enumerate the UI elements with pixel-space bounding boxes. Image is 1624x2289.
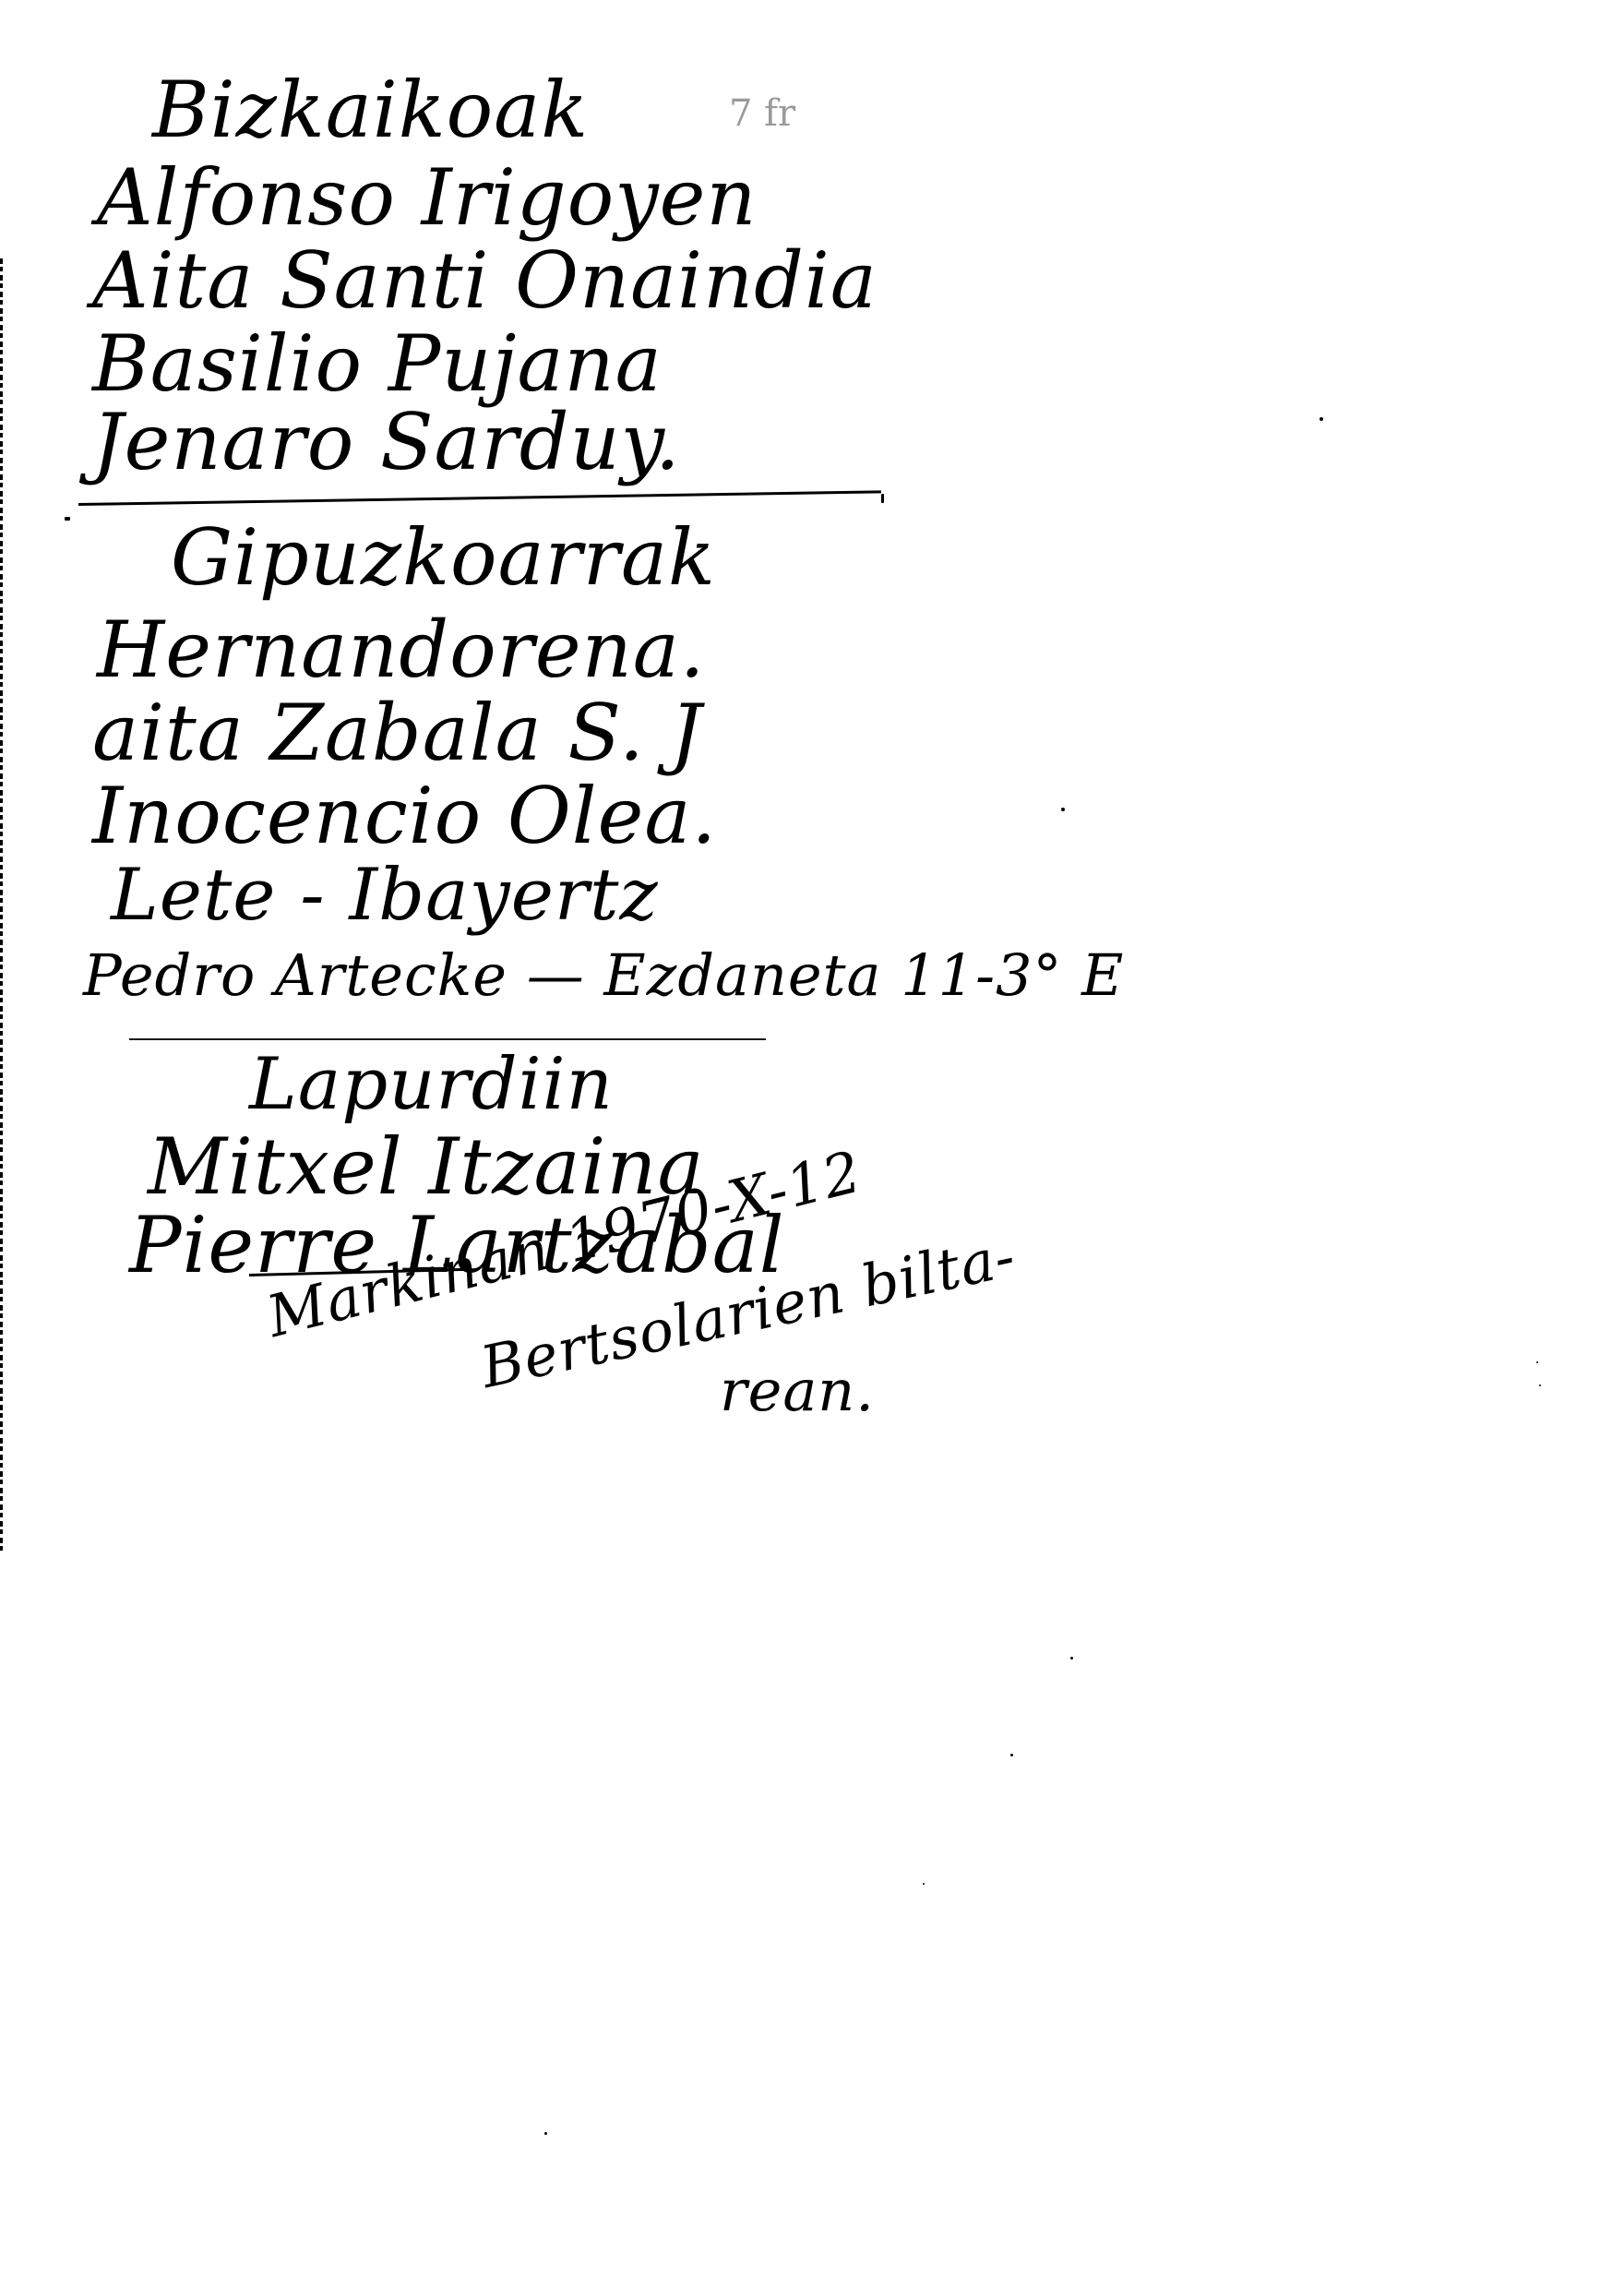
name-entry: Inocencio Olea. [92,771,717,861]
scan-speck [923,1883,925,1885]
section-heading-bizkaikoak: Bizkaikoak [152,65,589,155]
section-heading-lapurdiin: Lapurdiin [249,1043,614,1126]
name-entry: Basilio Pujana [92,318,663,409]
name-entry: Hernandorena. [97,605,706,695]
scan-speck [544,2132,547,2135]
scan-speck [1539,1384,1541,1386]
faint-corner-mark: 7 fr [729,92,795,135]
scan-speck [1536,1361,1538,1363]
scan-speck [1010,1754,1013,1756]
name-entry: aita Zabala S. J [92,688,702,778]
section-divider [78,490,881,506]
name-entry: Alfonso Irigoyen [97,152,757,243]
name-entry-with-address: Pedro Artecke — Ezdaneta 11-3° E [83,941,1124,1009]
section-divider [129,1038,766,1040]
scan-speck [1061,808,1065,811]
scan-edge-artifact [0,258,3,1551]
event-note-line2: rean. [720,1357,875,1424]
name-entry: Jenaro Sarduy. [92,397,681,487]
name-entry: Aita Santi Onaindia [92,235,878,326]
name-entry: Lete - Ibayertz [111,854,659,937]
scan-speck [65,517,70,521]
scan-speck [1070,1657,1073,1660]
section-heading-gipuzkoarrak: Gipuzkoarrak [171,512,716,603]
scan-speck [881,494,884,503]
scan-speck [1319,417,1323,421]
scanned-page: 7 fr Bizkaikoak Alfonso Irigoyen Aita Sa… [0,0,1624,2289]
